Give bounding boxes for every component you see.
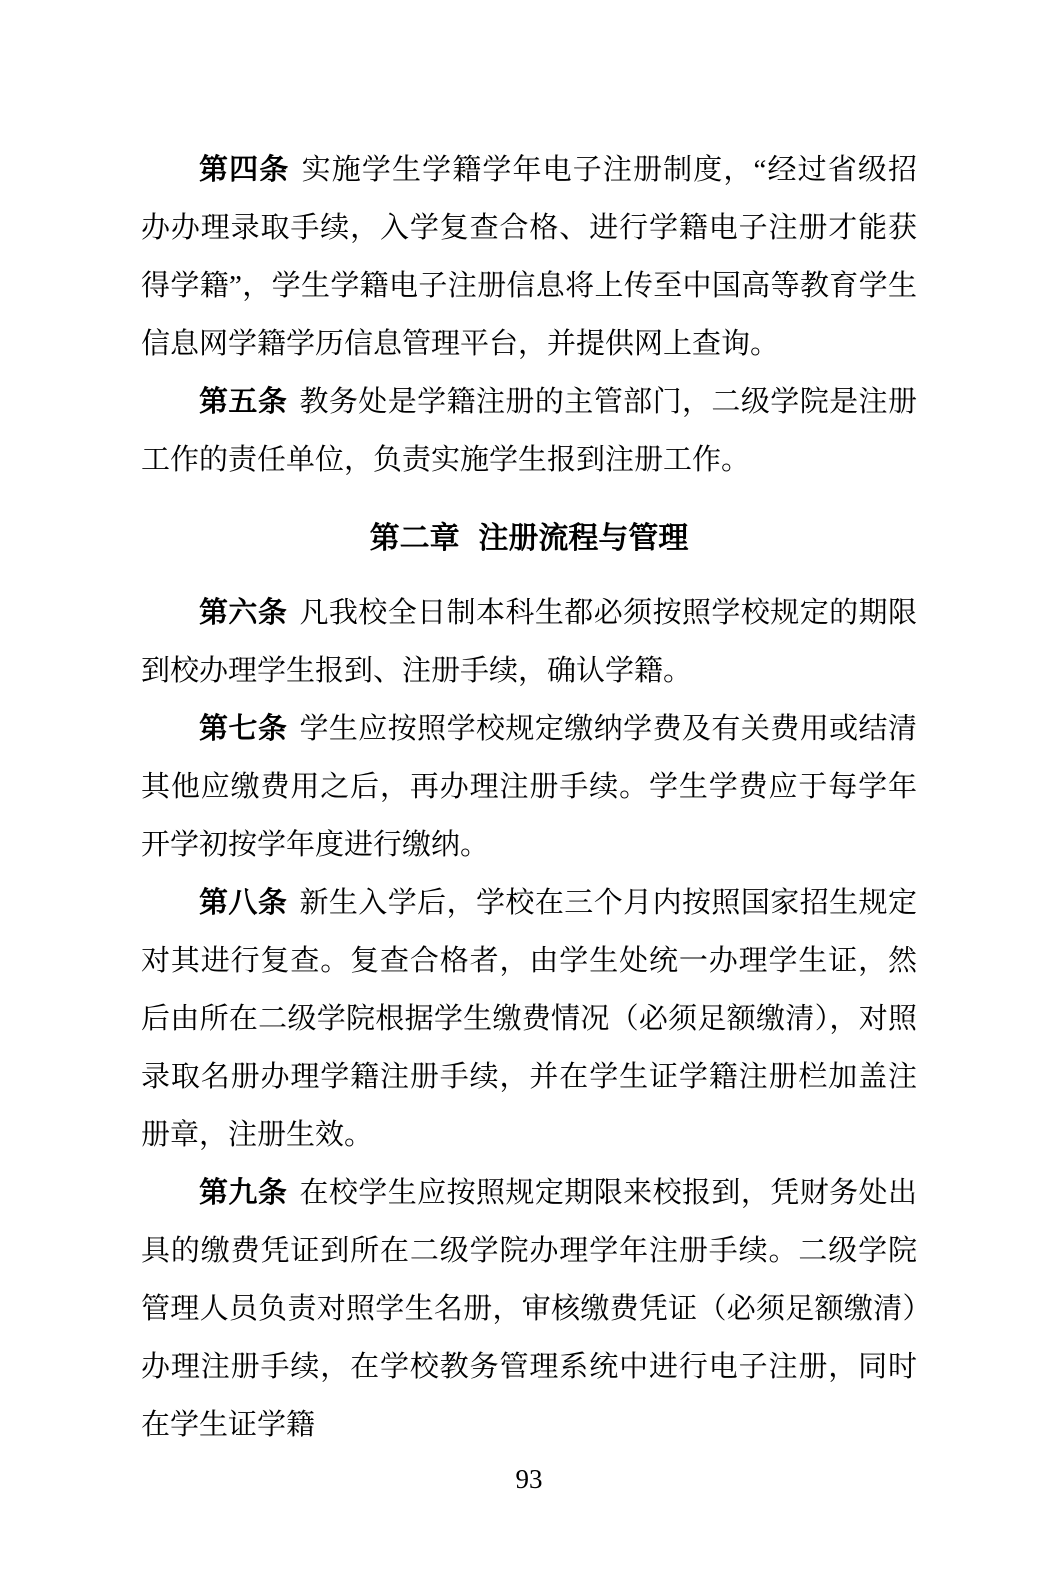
chapter-2-heading: 第二章 注册流程与管理: [141, 510, 917, 568]
article-9-number: 第九条: [199, 1177, 287, 1209]
article-6-paragraph: 第六条凡我校全日制本科生都必须按照学校规定的期限到校办理学生报到、注册手续，确认…: [141, 584, 917, 700]
article-7-number: 第七条: [199, 713, 287, 745]
article-8-number: 第八条: [199, 887, 287, 919]
document-page: { "page": { "background_color": "#ffffff…: [0, 0, 1058, 1588]
document-text-block: 第四条实施学生学籍学年电子注册制度，“经过省级招办办理录取手续，入学复查合格、进…: [141, 141, 917, 1454]
article-4-paragraph: 第四条实施学生学籍学年电子注册制度，“经过省级招办办理录取手续，入学复查合格、进…: [141, 141, 917, 373]
article-5-paragraph: 第五条教务处是学籍注册的主管部门，二级学院是注册工作的责任单位，负责实施学生报到…: [141, 373, 917, 489]
article-6-number: 第六条: [199, 597, 287, 629]
article-4-number: 第四条: [199, 154, 289, 186]
article-9-text: 在校学生应按照规定期限来校报到，凭财务处出具的缴费凭证到所在二级学院办理学年注册…: [141, 1177, 917, 1441]
article-5-number: 第五条: [199, 386, 287, 418]
article-8-text: 新生入学后，学校在三个月内按照国家招生规定对其进行复查。复查合格者，由学生处统一…: [141, 887, 917, 1151]
article-9-paragraph: 第九条在校学生应按照规定期限来校报到，凭财务处出具的缴费凭证到所在二级学院办理学…: [141, 1164, 917, 1454]
article-7-paragraph: 第七条学生应按照学校规定缴纳学费及有关费用或结清其他应缴费用之后，再办理注册手续…: [141, 700, 917, 874]
article-8-paragraph: 第八条新生入学后，学校在三个月内按照国家招生规定对其进行复查。复查合格者，由学生…: [141, 874, 917, 1164]
page-number: 93: [0, 1462, 1058, 1496]
